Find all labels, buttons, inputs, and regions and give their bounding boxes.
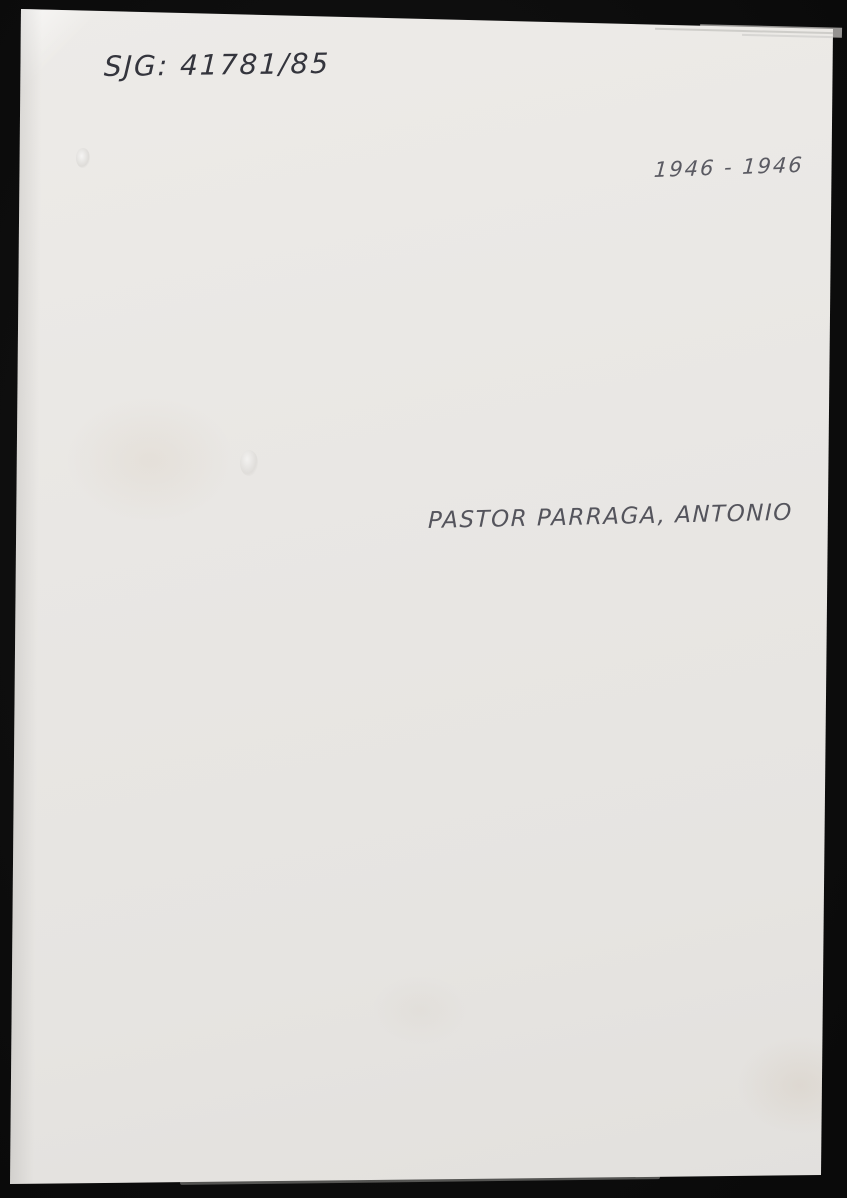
archival-photo-background: SJG: 41781/85 1946 - 1946 PASTOR PARRAGA… — [0, 0, 847, 1198]
person-name-handwriting: PASTOR PARRAGA, ANTONIO — [428, 500, 793, 534]
paper-dent — [240, 450, 258, 476]
stacked-page-edge-line — [742, 34, 837, 38]
corner-fold-highlight — [18, 6, 108, 116]
document-cover-page: SJG: 41781/85 1946 - 1946 PASTOR PARRAGA… — [0, 0, 847, 1198]
paper-dent — [76, 148, 90, 168]
left-edge-crease-shadow — [8, 9, 42, 1184]
reference-number-handwriting: SJG: 41781/85 — [103, 47, 330, 83]
date-range-handwriting: 1946 - 1946 — [653, 153, 804, 182]
